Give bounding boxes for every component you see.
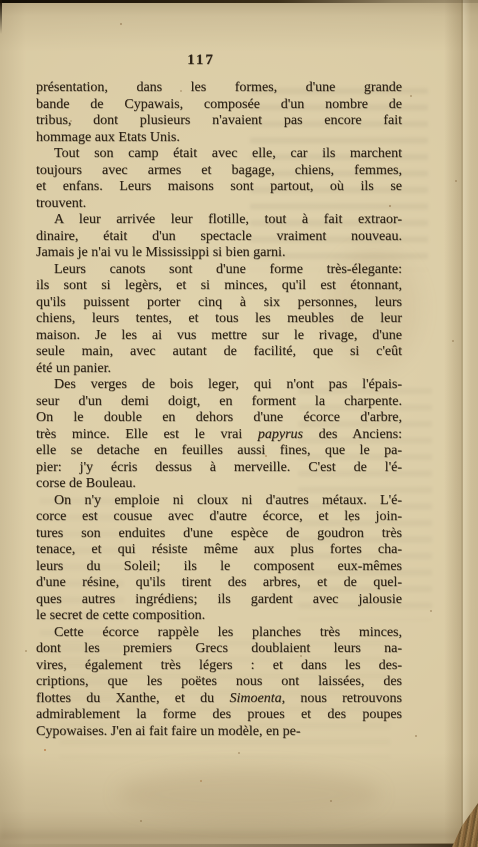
text-segment: été un panier. [36,361,111,376]
text-segment: Leurs canots sont d'une forme très-élega… [54,262,402,277]
text-segment: maison. Je les ai vus mettre sur le riva… [36,328,402,343]
text-segment: , nous retrouvons [282,691,402,706]
text-segment: criptions, que les poëtes nous ont laiss… [36,674,402,689]
right-fold-shade [444,0,461,847]
text-segment: qu'ils puissent porter cinq à six person… [36,295,402,310]
italic-word: Simoenta [229,691,281,706]
text-segment: Cette écorce rappèle les planches très m… [54,625,402,640]
text-segment: bande de Cypawais, composée d'un nombre … [36,97,402,112]
text-segment: toujours avec armes et bagage, chiens, f… [36,163,402,178]
text-segment: dont les premiers Grecs doublaient leurs… [36,641,402,656]
text-segment: hommage aux Etats Unis. [36,130,180,145]
text-segment: le secret de cette composition. [36,608,205,623]
italic-word: papyrus [258,427,303,442]
text-line: criptions, que les poëtes nous ont laiss… [36,674,402,691]
text-line: présentation, dans les formes, d'une gra… [36,80,402,97]
text-line: seule main, avec autant de facilité, que… [36,344,402,361]
text-line: tures son enduites d'une espèce de goudr… [36,526,402,543]
paragraph: A leur arrivée leur flotille, tout à fai… [36,212,402,262]
text-line: pier: j'y écris dessus à merveille. C'es… [36,460,402,477]
paragraph: On n'y emploie ni cloux ni d'autres méta… [36,493,402,625]
text-line: admirablement la forme des proues et des… [36,707,402,724]
text-line: chiens, leurs tentes, et tous les meuble… [36,311,402,328]
text-segment: vires, également très légers : et dans l… [36,658,402,673]
text-segment: chiens, leurs tentes, et tous les meuble… [36,311,402,326]
text-segment: Jamais je n'ai vu le Mississippi si bien… [36,245,285,260]
scanned-book-page: 117 présentation, dans les formes, d'une… [0,0,478,847]
text-segment: admirablement la forme des proues et des… [36,707,402,722]
text-segment: tenace, et qui résiste même aux plus for… [36,542,402,557]
page-number: 117 [36,52,366,69]
text-line: dinaire, était d'un spectacle vraiment n… [36,229,402,246]
text-line: On n'y emploie ni cloux ni d'autres méta… [36,493,402,510]
text-line: très mince. Elle est le vrai papyrus des… [36,427,402,444]
text-line: et enfans. Leurs maisons sont partout, o… [36,179,402,196]
text-line: leurs du Soleil; ils le composent eux-mê… [36,559,402,576]
text-line: dont les premiers Grecs doublaient leurs… [36,641,402,658]
text-line: tribus, dont plusieurs n'avaient pas enc… [36,113,402,130]
text-segment: seule main, avec autant de facilité, que… [36,344,402,359]
text-segment: trouvent. [36,196,86,211]
text-line: Jamais je n'ai vu le Mississippi si bien… [36,245,402,262]
paragraph: Des verges de bois leger, qui n'ont pas … [36,377,402,493]
text-segment: dinaire, était d'un spectacle vraiment n… [36,229,402,244]
text-segment: tribus, dont plusieurs n'avaient pas enc… [36,113,402,128]
text-segment: d'une résine, qu'ils tirent des arbres, … [36,575,402,590]
text-segment: seur d'un demi doigt, en forment la char… [36,394,402,409]
text-line: seur d'un demi doigt, en forment la char… [36,394,402,411]
text-line: elle se detache en feuilles aussi fines,… [36,443,402,460]
text-line: corse de Bouleau. [36,476,402,493]
paragraph: présentation, dans les formes, d'une gra… [36,80,402,146]
text-segment: corse de Bouleau. [36,476,136,491]
text-segment: A leur arrivée leur flotille, tout à fai… [54,212,402,227]
text-segment: Cypowaises. J'en ai fait faire un modèle… [36,724,301,739]
text-line: vires, également très légers : et dans l… [36,658,402,675]
paragraph: Tout son camp était avec elle, car ils m… [36,146,402,212]
text-line: maison. Je les ai vus mettre sur le riva… [36,328,402,345]
paragraph: Leurs canots sont d'une forme très-élega… [36,262,402,378]
text-segment: tures son enduites d'une espèce de goudr… [36,526,402,541]
right-fold-highlight [463,0,471,847]
text-segment: et enfans. Leurs maisons sont partout, o… [36,179,402,194]
text-line: flottes du Xanthe, et du Simoenta, nous … [36,691,402,708]
text-segment: pier: j'y écris dessus à merveille. C'es… [36,460,402,475]
text-segment: des Anciens: [303,427,402,442]
text-line: corce est cousue avec d'autre écorce, et… [36,509,402,526]
text-segment: très mince. Elle est le vrai [36,427,258,442]
text-segment: présentation, dans les formes, d'une gra… [36,80,402,95]
text-segment: elle se detache en feuilles aussi fines,… [36,443,402,458]
text-line: qu'ils puissent porter cinq à six person… [36,295,402,312]
text-segment: On le double en dehors d'une écorce d'ar… [36,410,402,425]
text-line: toujours avec armes et bagage, chiens, f… [36,163,402,180]
text-line: ques autres ingrédiens; ils gardent avec… [36,592,402,609]
text-line: Des verges de bois leger, qui n'ont pas … [36,377,402,394]
text-line: Cypowaises. J'en ai fait faire un modèle… [36,724,402,741]
text-line: ils sont si legèrs, et si minces, qu'il … [36,278,402,295]
scan-edge-top [0,0,478,3]
paragraph: Cette écorce rappèle les planches très m… [36,625,402,741]
text-segment: leurs du Soleil; ils le composent eux-mê… [36,559,402,574]
text-segment: flottes du Xanthe, et du [36,691,229,706]
text-line: Cette écorce rappèle les planches très m… [36,625,402,642]
text-line: bande de Cypawais, composée d'un nombre … [36,97,402,114]
text-line: On le double en dehors d'une écorce d'ar… [36,410,402,427]
text-segment: ques autres ingrédiens; ils gardent avec… [36,592,402,607]
text-segment: On n'y emploie ni cloux ni d'autres méta… [54,493,402,508]
text-line: hommage aux Etats Unis. [36,130,402,147]
text-segment: Des verges de bois leger, qui n'ont pas … [54,377,402,392]
text-line: Leurs canots sont d'une forme très-élega… [36,262,402,279]
text-line: le secret de cette composition. [36,608,402,625]
text-block: présentation, dans les formes, d'une gra… [36,80,402,740]
scan-edge-left [0,0,2,34]
text-line: A leur arrivée leur flotille, tout à fai… [36,212,402,229]
text-segment: corce est cousue avec d'autre écorce, et… [36,509,402,524]
page-curve-shadow [0,813,478,839]
text-segment: Tout son camp était avec elle, car ils m… [54,146,402,161]
text-line: été un panier. [36,361,402,378]
text-line: trouvent. [36,196,402,213]
text-line: Tout son camp était avec elle, car ils m… [36,146,402,163]
text-line: tenace, et qui résiste même aux plus for… [36,542,402,559]
text-segment: ils sont si legèrs, et si minces, qu'il … [36,278,402,293]
text-line: d'une résine, qu'ils tirent des arbres, … [36,575,402,592]
